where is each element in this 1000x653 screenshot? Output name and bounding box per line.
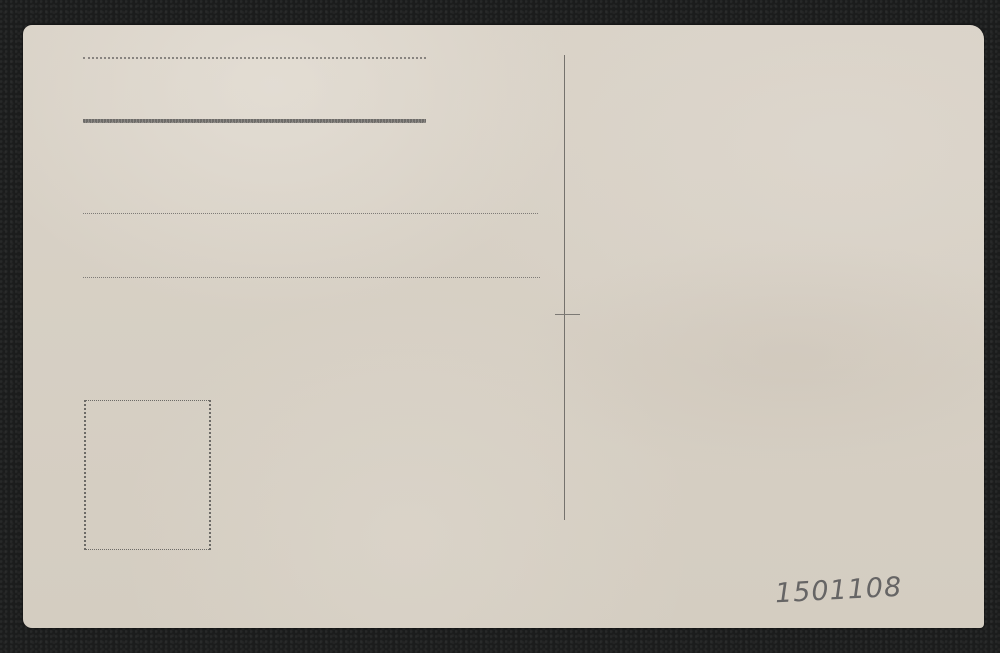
postcard-back: 1501108 [23, 25, 984, 628]
stamp-box [84, 400, 211, 550]
center-divider [564, 55, 565, 520]
address-line-2 [83, 119, 426, 123]
address-line-4 [83, 277, 540, 278]
address-line-1 [83, 57, 426, 59]
address-line-3 [83, 213, 538, 214]
handwritten-catalog-number: 1501108 [774, 572, 903, 610]
divider-crossbar [555, 314, 580, 315]
